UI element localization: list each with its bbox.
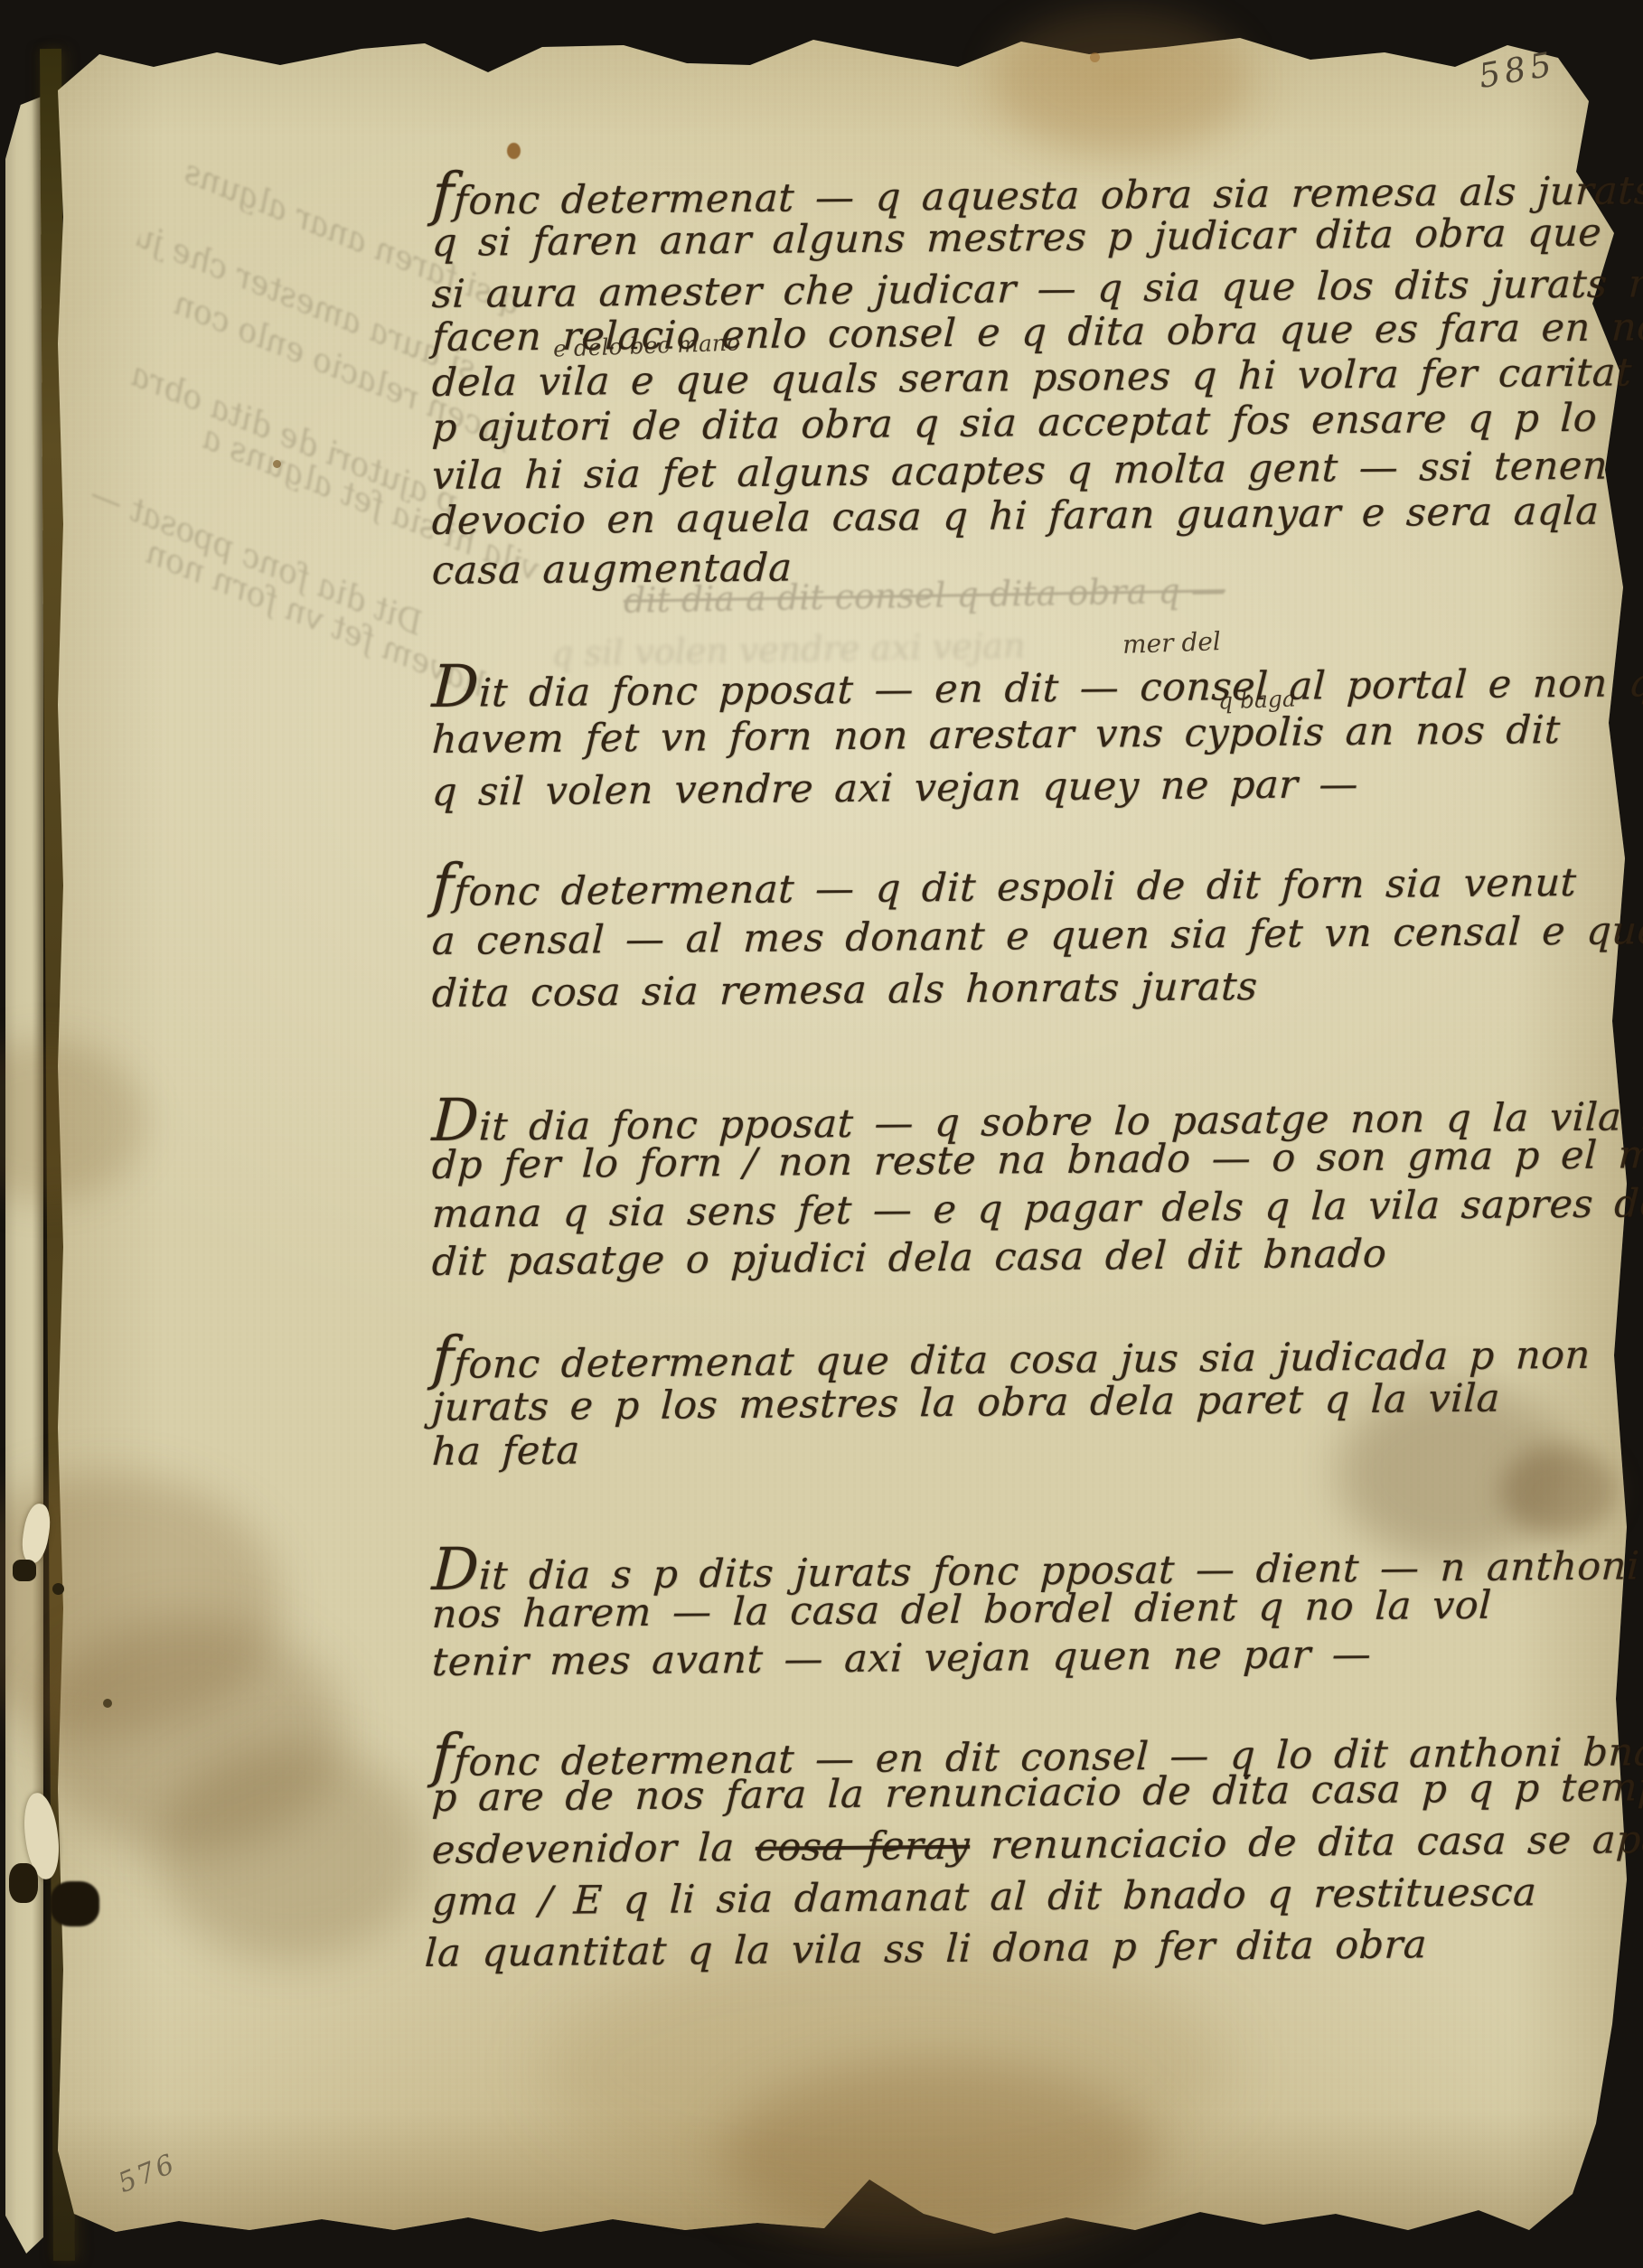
previous-page-sliver (5, 42, 43, 2254)
manuscript-line-segment: esdevenidor la (431, 1825, 756, 1873)
manuscript-line: q si faren anar alguns mestres p judicar… (431, 213, 1602, 264)
manuscript-line: dp fer lo forn / non reste na bnado — o … (431, 1134, 1643, 1186)
manuscript-line: a censal — al mes donant e quen sia fet … (431, 911, 1643, 962)
manuscript-line: esdevenidor la cosa feray renunciacio de… (431, 1820, 1643, 1871)
interlinear-note: e delo bec mano (553, 331, 741, 360)
interlinear-note: mer del (1122, 629, 1222, 658)
manuscript-line: havem fet vn forn non arestar vns cypoli… (431, 710, 1562, 761)
manuscript-line: q sil volen vendre axi vejan quey ne par… (431, 764, 1359, 813)
manuscript-line: la quantitat q la vila ss li dona p fer … (424, 1925, 1428, 1974)
manuscript-line: jurats e p los mestres la obra dela pare… (431, 1379, 1501, 1429)
manuscript-line: devocio en aquela casa q hi faran guanya… (431, 492, 1600, 542)
manuscript-photo: q si faren anar alguns mestres p judicar… (0, 0, 1643, 2268)
manuscript-line: ffonc determenat — q dit espoli de dit f… (431, 853, 1578, 914)
manuscript-line: tenir mes avant — axi vejan quen ne par … (431, 1635, 1372, 1683)
struck-out-words: cosa feray (755, 1823, 971, 1870)
manuscript-line: dit pasatge o pjudici dela casa del dit … (431, 1234, 1387, 1283)
interlinear-note: q baga (1218, 688, 1297, 713)
manuscript-line: p ajutori de dita obra q sia acceptat fo… (431, 398, 1598, 449)
manuscript-line: mana q sia sens fet — e q pagar dels q l… (431, 1184, 1643, 1235)
manuscript-line: Dit dia fonc pposat — en dit — consel al… (431, 653, 1643, 715)
manuscript-line: gma / E q li sia damanat al dit bnado q … (431, 1872, 1537, 1923)
manuscript-line-segment: renunciacio de dita casa se apare (969, 1817, 1643, 1869)
manuscript-line: ha feta (431, 1431, 581, 1474)
manuscript-line: nos harem — la casa del bordel dient q n… (431, 1586, 1492, 1635)
manuscript-line: p are de nos fara la renunciacio de dita… (431, 1767, 1643, 1819)
manuscript-line: casa augmentada (431, 548, 793, 593)
manuscript-line: dita cosa sia remesa als honrats jurats (431, 967, 1259, 1015)
